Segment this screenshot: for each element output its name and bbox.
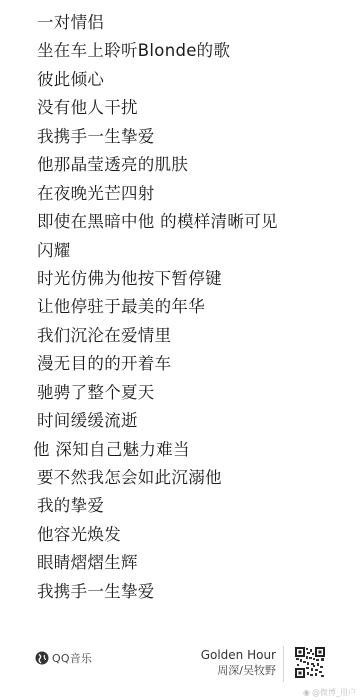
song-artist: 周深/吴牧野 [201, 663, 276, 679]
lyric-line: 眼睛熠熠生辉 [37, 549, 337, 577]
lyric-line: 坐在车上聆听Blonde的歌 [37, 37, 337, 65]
lyric-line: 在夜晚光芒四射 [37, 180, 337, 208]
lyric-line: 没有他人干扰 [37, 94, 337, 122]
song-title: Golden Hour [201, 647, 276, 663]
lyric-line: 我们沉沦在爱情里 [37, 322, 337, 350]
qr-code-icon[interactable] [295, 647, 325, 678]
lyric-line: 时间缓缓流逝 [37, 407, 337, 435]
lyric-line: 闪耀 [37, 237, 337, 265]
share-card-footer: QQ音乐 Golden Hour 周深/吴牧野 ◉ @微博_用户 [0, 640, 360, 700]
lyric-line: 他那晶莹透亮的肌肤 [37, 151, 337, 179]
lyric-line: 即使在黑暗中他 的模样清晰可见 [37, 208, 337, 236]
lyric-line: 彼此倾心 [37, 66, 337, 94]
lyric-line: 他 深知自己魅力难当 [33, 436, 337, 464]
watermark-text: @微博_用户 [312, 687, 356, 698]
logo-text: QQ音乐 [52, 650, 92, 666]
weibo-watermark: ◉ @微博_用户 [303, 687, 356, 698]
lyric-line: 我携手一生挚爱 [37, 123, 337, 151]
lyric-line: 我携手一生挚爱 [37, 578, 337, 606]
lyric-line: 漫无目的的开着车 [37, 350, 337, 378]
lyric-line: 要不然我怎会如此沉溺他 [37, 464, 337, 492]
weibo-icon: ◉ [303, 688, 310, 697]
song-info: Golden Hour 周深/吴牧野 [201, 647, 276, 679]
lyric-line: 驰骋了整个夏天 [37, 379, 337, 407]
qq-music-logo: QQ音乐 [35, 650, 92, 666]
divider [283, 646, 284, 682]
qq-music-icon [35, 651, 49, 665]
lyric-line: 我的挚爱 [37, 492, 337, 520]
lyric-line: 他容光焕发 [37, 521, 337, 549]
lyric-line: 让他停驻于最美的年华 [37, 293, 337, 321]
lyrics-block: 一对情侣 坐在车上聆听Blonde的歌 彼此倾心 没有他人干扰 我携手一生挚爱 … [37, 9, 337, 606]
lyric-line: 一对情侣 [37, 9, 337, 37]
lyric-line: 时光仿佛为他按下暂停键 [37, 265, 337, 293]
